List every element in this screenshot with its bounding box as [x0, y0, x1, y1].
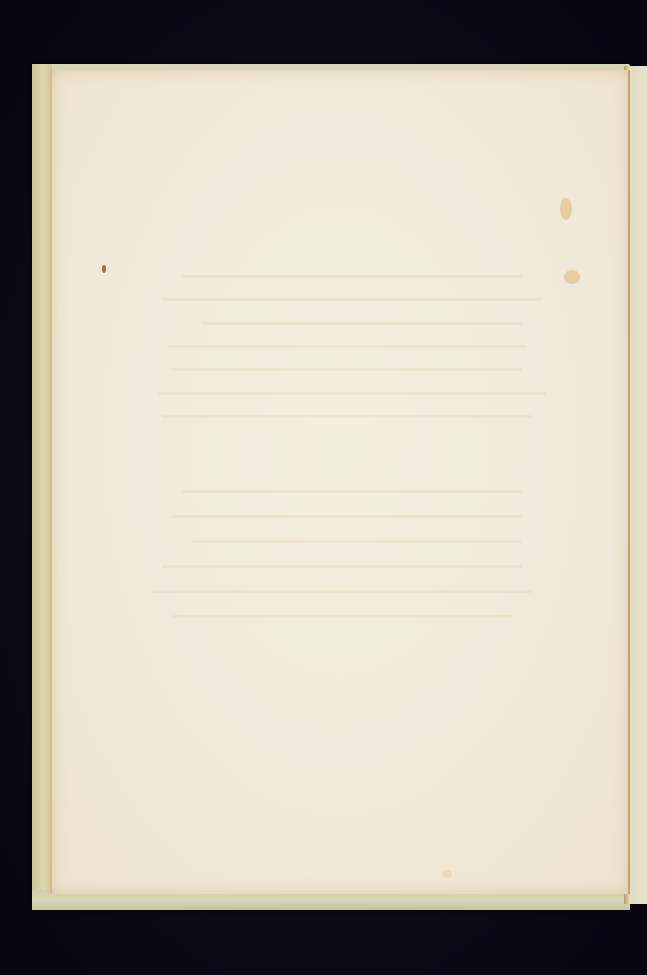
- bleed-through-line: [192, 540, 522, 543]
- bleed-through-line: [162, 298, 542, 301]
- bleed-through-line: [202, 322, 522, 325]
- bleed-through-line: [172, 615, 512, 618]
- bleed-through-line: [172, 515, 522, 518]
- foxing-stain: [560, 198, 572, 220]
- bleed-through-line: [182, 275, 522, 278]
- bleed-through-line: [162, 415, 532, 418]
- foxing-stain: [564, 270, 580, 284]
- foxing-stain: [442, 870, 452, 878]
- bleed-through-line: [172, 368, 522, 371]
- bleed-through-line: [162, 565, 522, 568]
- bleed-through-line: [167, 345, 527, 348]
- ink-spot: [102, 265, 106, 273]
- bleed-through-line: [182, 490, 522, 493]
- binding-left-edge: [32, 64, 52, 910]
- manuscript-page: [50, 70, 630, 894]
- bleed-through-line: [152, 590, 532, 593]
- bleed-through-line: [157, 392, 547, 395]
